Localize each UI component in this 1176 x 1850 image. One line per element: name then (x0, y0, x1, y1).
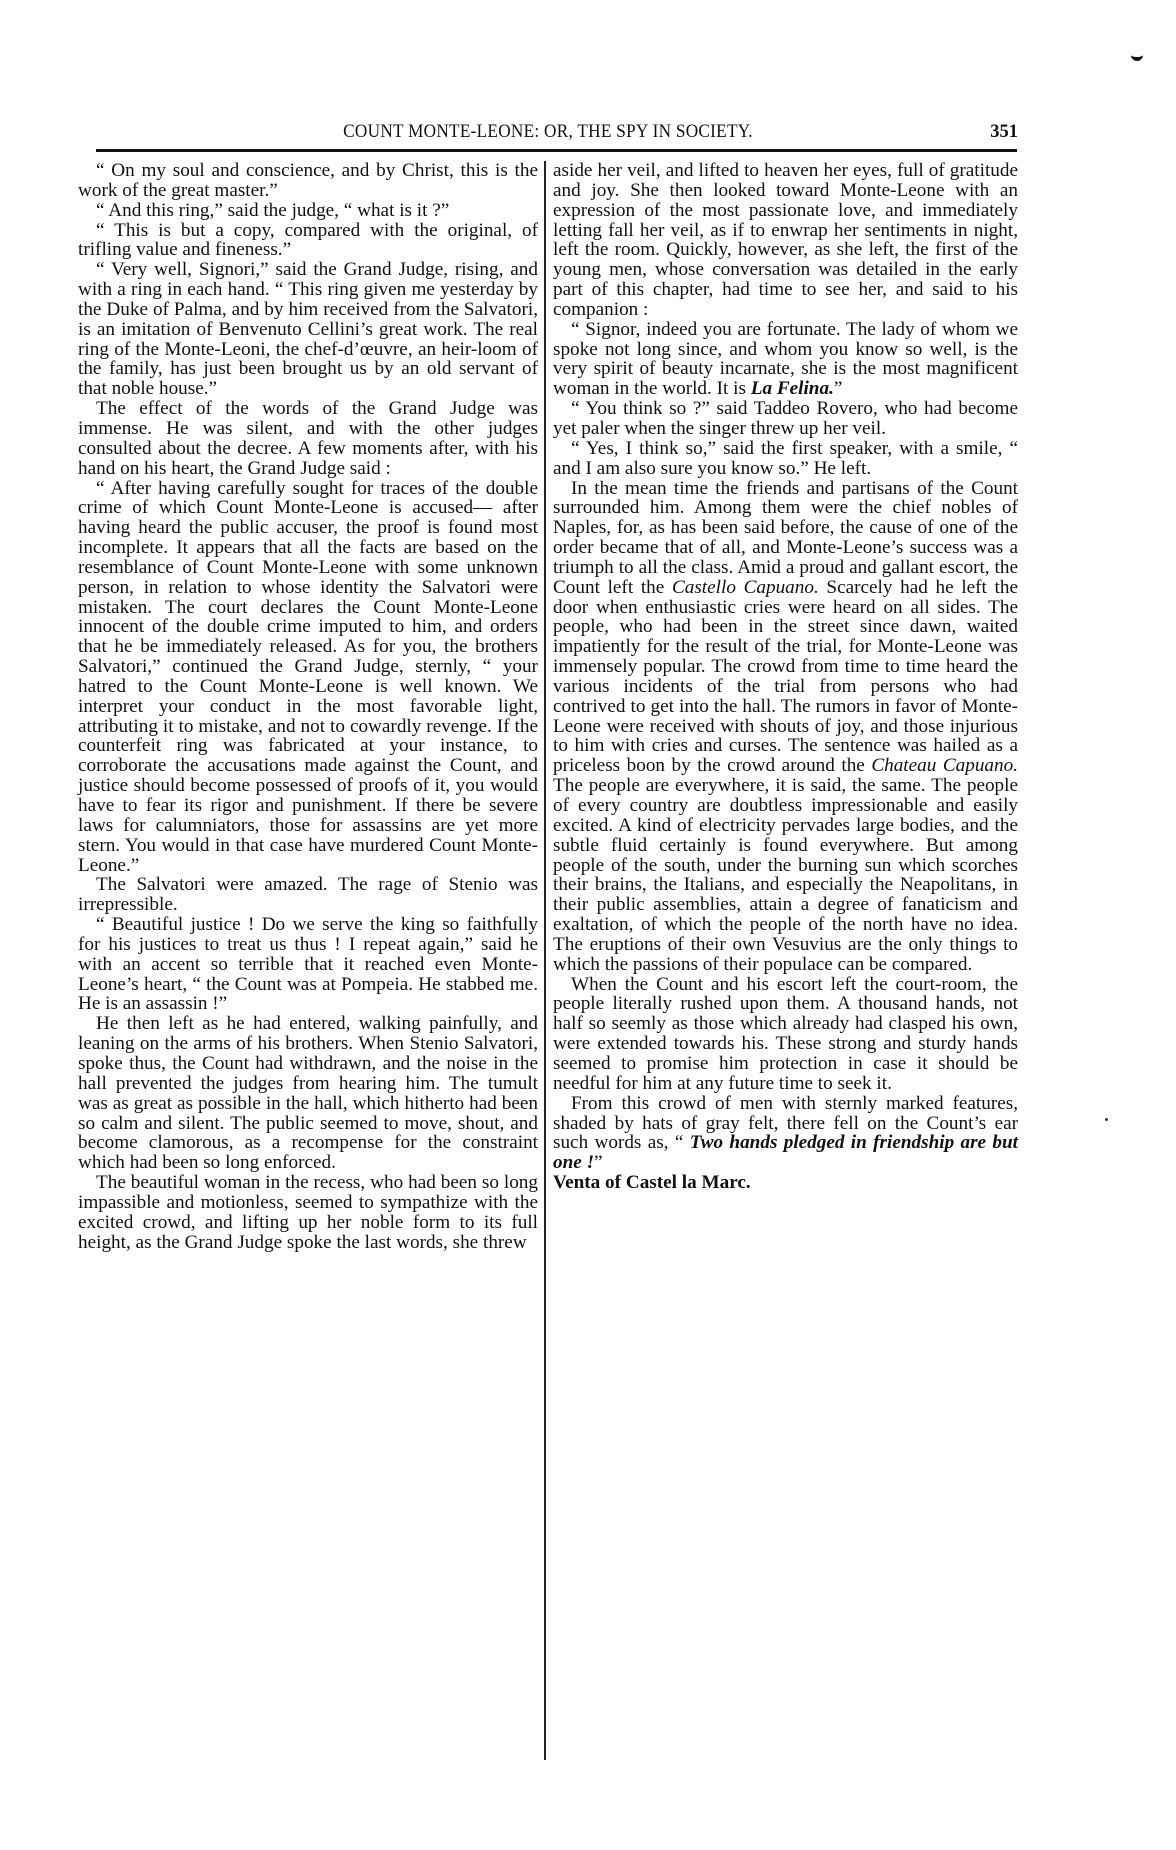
right-column: aside her veil, and lifted to heaven her… (553, 161, 1018, 1193)
paragraph: “ Beautiful justice ! Do we serve the ki… (78, 915, 538, 1014)
text-run: Scarcely had he left the door when enthu… (553, 577, 1018, 777)
header-rule (96, 149, 1017, 152)
running-header: COUNT MONTE-LEONE: OR, THE SPY IN SOCIET… (78, 122, 1018, 144)
paragraph: “ This is but a copy, compared with the … (78, 221, 538, 261)
paragraph: “ Very well, Signori,” said the Grand Ju… (78, 260, 538, 399)
paragraph: “ You think so ?” said Taddeo Rovero, wh… (553, 399, 1018, 439)
text-run: ” (594, 1152, 603, 1173)
paragraph: From this crowd of men with sternly mark… (553, 1094, 1018, 1173)
paragraph: The effect of the words of the Grand Jud… (78, 399, 538, 478)
italic-place: Castello Capuano. (672, 577, 819, 598)
paragraph: “ After having carefully sought for trac… (78, 479, 538, 876)
paragraph: “ And this ring,” said the judge, “ what… (78, 201, 538, 221)
closing-line: Venta of Castel la Marc. (553, 1173, 1018, 1193)
running-title: COUNT MONTE-LEONE: OR, THE SPY IN SOCIET… (111, 122, 985, 143)
paragraph: “ Signor, indeed you are fortunate. The … (553, 320, 1018, 399)
scan-mark (1131, 52, 1143, 61)
text-run: ” (834, 378, 843, 399)
paragraph: “ Yes, I think so,” said the first speak… (553, 439, 1018, 479)
paragraph: The Salvatori were amazed. The rage of S… (78, 875, 538, 915)
column-divider (544, 161, 546, 1760)
italic-name: La Felina. (751, 378, 834, 399)
page-number: 351 (990, 122, 1018, 143)
paragraph: He then left as he had entered, walking … (78, 1014, 538, 1173)
italic-place: Chateau Capuano. (871, 755, 1018, 776)
paragraph: aside her veil, and lifted to heaven her… (553, 161, 1018, 320)
text-run: The people are everywhere, it is said, t… (553, 775, 1018, 975)
paragraph: In the mean time the friends and partisa… (553, 479, 1018, 975)
paragraph: “ On my soul and conscience, and by Chri… (78, 161, 538, 201)
paragraph: The beautiful woman in the recess, who h… (78, 1173, 538, 1252)
left-column: “ On my soul and conscience, and by Chri… (78, 161, 538, 1252)
paragraph: When the Count and his escort left the c… (553, 975, 1018, 1094)
scan-speck (1105, 1118, 1108, 1121)
